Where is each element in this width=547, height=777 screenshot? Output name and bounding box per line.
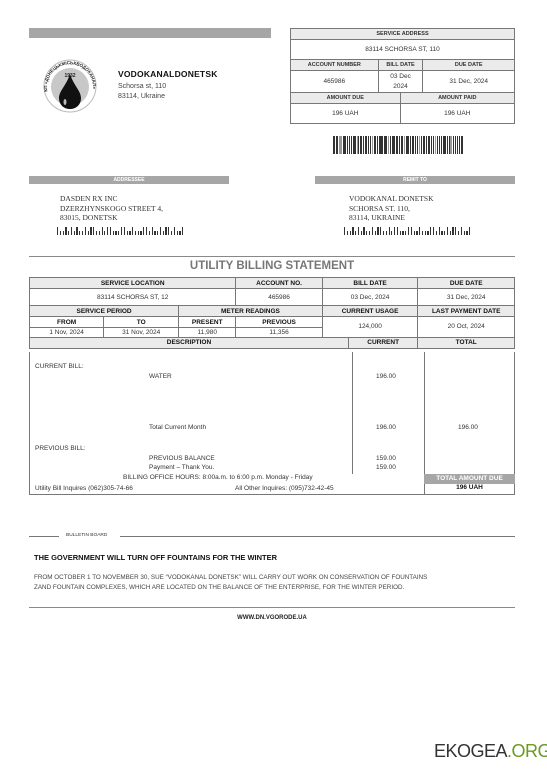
current-label: CURRENT [348, 337, 417, 348]
header-bar [29, 28, 271, 38]
bill-date: 03 Dec2024 [378, 71, 423, 93]
bill-date-label: BILL DATE [322, 278, 418, 289]
account-no-label: ACCOUNT NO. [236, 278, 322, 289]
previous-bill-label: PREVIOUS BILL: [35, 445, 86, 452]
divider [29, 256, 515, 257]
total-label: TOTAL [418, 337, 515, 348]
service-address-label: SERVICE ADDRESS [291, 29, 515, 40]
water-drop-logo-icon: 1932 КП «ДОНЕЦЬКМІСЬКВОДОКАНАЛ» [38, 58, 102, 114]
total-amount-due-label: TOTAL AMOUNT DUE [424, 474, 515, 484]
statement-title: UTILITY BILLING STATEMENT [29, 260, 515, 272]
barcode [333, 136, 493, 154]
brand-watermark: EKOGEA.ORG [434, 741, 547, 762]
bulletin-text: FROM OCTOBER 1 TO NOVEMBER 30, SUE “VODO… [34, 573, 434, 593]
office-hours: BILLING OFFICE HOURS: 8:00a.m. to 6:00 p… [123, 474, 313, 481]
meter-previous: 11,356 [236, 328, 322, 338]
last-payment-date-label: LAST PAYMENT DATE [418, 306, 515, 317]
water-label: WATER [149, 373, 172, 380]
divider [120, 536, 515, 537]
addressee-address: DASDEN RX INC DZERZHYNSKOGO STREET 4, 83… [60, 194, 163, 223]
last-payment-date: 20 Oct, 2024 [418, 317, 515, 338]
service-period-label: SERVICE PERIOD [30, 306, 179, 317]
company-address: Schorsa st, 110 83114, Ukraine [118, 82, 166, 102]
service-location-label: SERVICE LOCATION [30, 278, 236, 289]
addressee-postal-barcode [57, 227, 185, 235]
service-from: 1 Nov, 2024 [30, 328, 104, 338]
previous-label: PREVIOUS [236, 317, 322, 328]
bulletin-board-label: BULLETIN BOARD [66, 533, 107, 538]
amount-paid: 196 UAH [400, 104, 514, 124]
addressee-label: ADDRESSEE [29, 176, 229, 184]
current-usage: 124,000 [322, 317, 418, 338]
service-location: 83114 SCHORSA ST, 12 [30, 289, 236, 306]
amount-due: 196 UAH [291, 104, 401, 124]
due-date-label: DUE DATE [418, 278, 515, 289]
current-bill-label: CURRENT BILL: [35, 363, 84, 370]
divider [29, 607, 515, 608]
present-label: PRESENT [179, 317, 236, 328]
amount-paid-label: AMOUNT PAID [400, 93, 514, 104]
meter-readings-label: METER READINGS [179, 306, 323, 317]
due-date: 31 Dec, 2024 [423, 71, 515, 93]
other-inquiries: All Other Inquires: (095)732-42-45 [235, 485, 334, 492]
meter-present: 11,980 [179, 328, 236, 338]
company-name: VODOKANALDONETSK [118, 69, 218, 79]
remit-postal-barcode [344, 227, 472, 235]
account-summary-table: SERVICE ADDRESS 83114 SCHORSA ST, 110 AC… [290, 28, 515, 124]
water-current: 196.00 [376, 373, 396, 380]
total-current-month-current: 196.00 [376, 424, 396, 431]
to-label: TO [104, 317, 179, 328]
bill-date: 03 Dec, 2024 [322, 289, 418, 306]
account-number: 465986 [291, 71, 379, 93]
total-amount-due: 196 UAH [424, 484, 515, 491]
payment-label: Payment – Thank You. [149, 464, 214, 471]
remit-to-address: VODOKANAL DONETSK SCHORSA ST. 110, 83114… [349, 194, 434, 223]
from-label: FROM [30, 317, 104, 328]
charges-section: CURRENT BILL: WATER 196.00 Total Current… [29, 352, 515, 495]
due-date-label: DUE DATE [423, 60, 515, 71]
payment: 159.00 [376, 464, 396, 471]
total-current-month-total: 196.00 [458, 424, 478, 431]
divider [29, 536, 59, 537]
previous-balance: 159.00 [376, 455, 396, 462]
account-number-label: ACCOUNT NUMBER [291, 60, 379, 71]
utility-inquiries: Utility Bill Inquires (062)305-74-66 [35, 485, 133, 492]
previous-balance-label: PREVIOUS BALANCE [149, 455, 215, 462]
billing-statement-table: SERVICE LOCATION ACCOUNT NO. BILL DATE D… [29, 277, 515, 349]
remit-to-label: REMIT TO [315, 176, 515, 184]
svg-text:1932: 1932 [64, 73, 75, 79]
current-usage-label: CURRENT USAGE [322, 306, 418, 317]
website-link[interactable]: WWW.DN.VGORODE.UA [29, 615, 515, 621]
total-current-month-label: Total Current Month [149, 424, 206, 431]
bulletin-title: THE GOVERNMENT WILL TURN OFF FOUNTAINS F… [34, 553, 277, 562]
description-label: DESCRIPTION [30, 337, 349, 348]
account-no: 465986 [236, 289, 322, 306]
bill-date-label: BILL DATE [378, 60, 423, 71]
amount-due-label: AMOUNT DUE [291, 93, 401, 104]
due-date: 31 Dec, 2024 [418, 289, 515, 306]
service-to: 31 Nov, 2024 [104, 328, 179, 338]
service-address: 83114 SCHORSA ST, 110 [291, 40, 515, 60]
